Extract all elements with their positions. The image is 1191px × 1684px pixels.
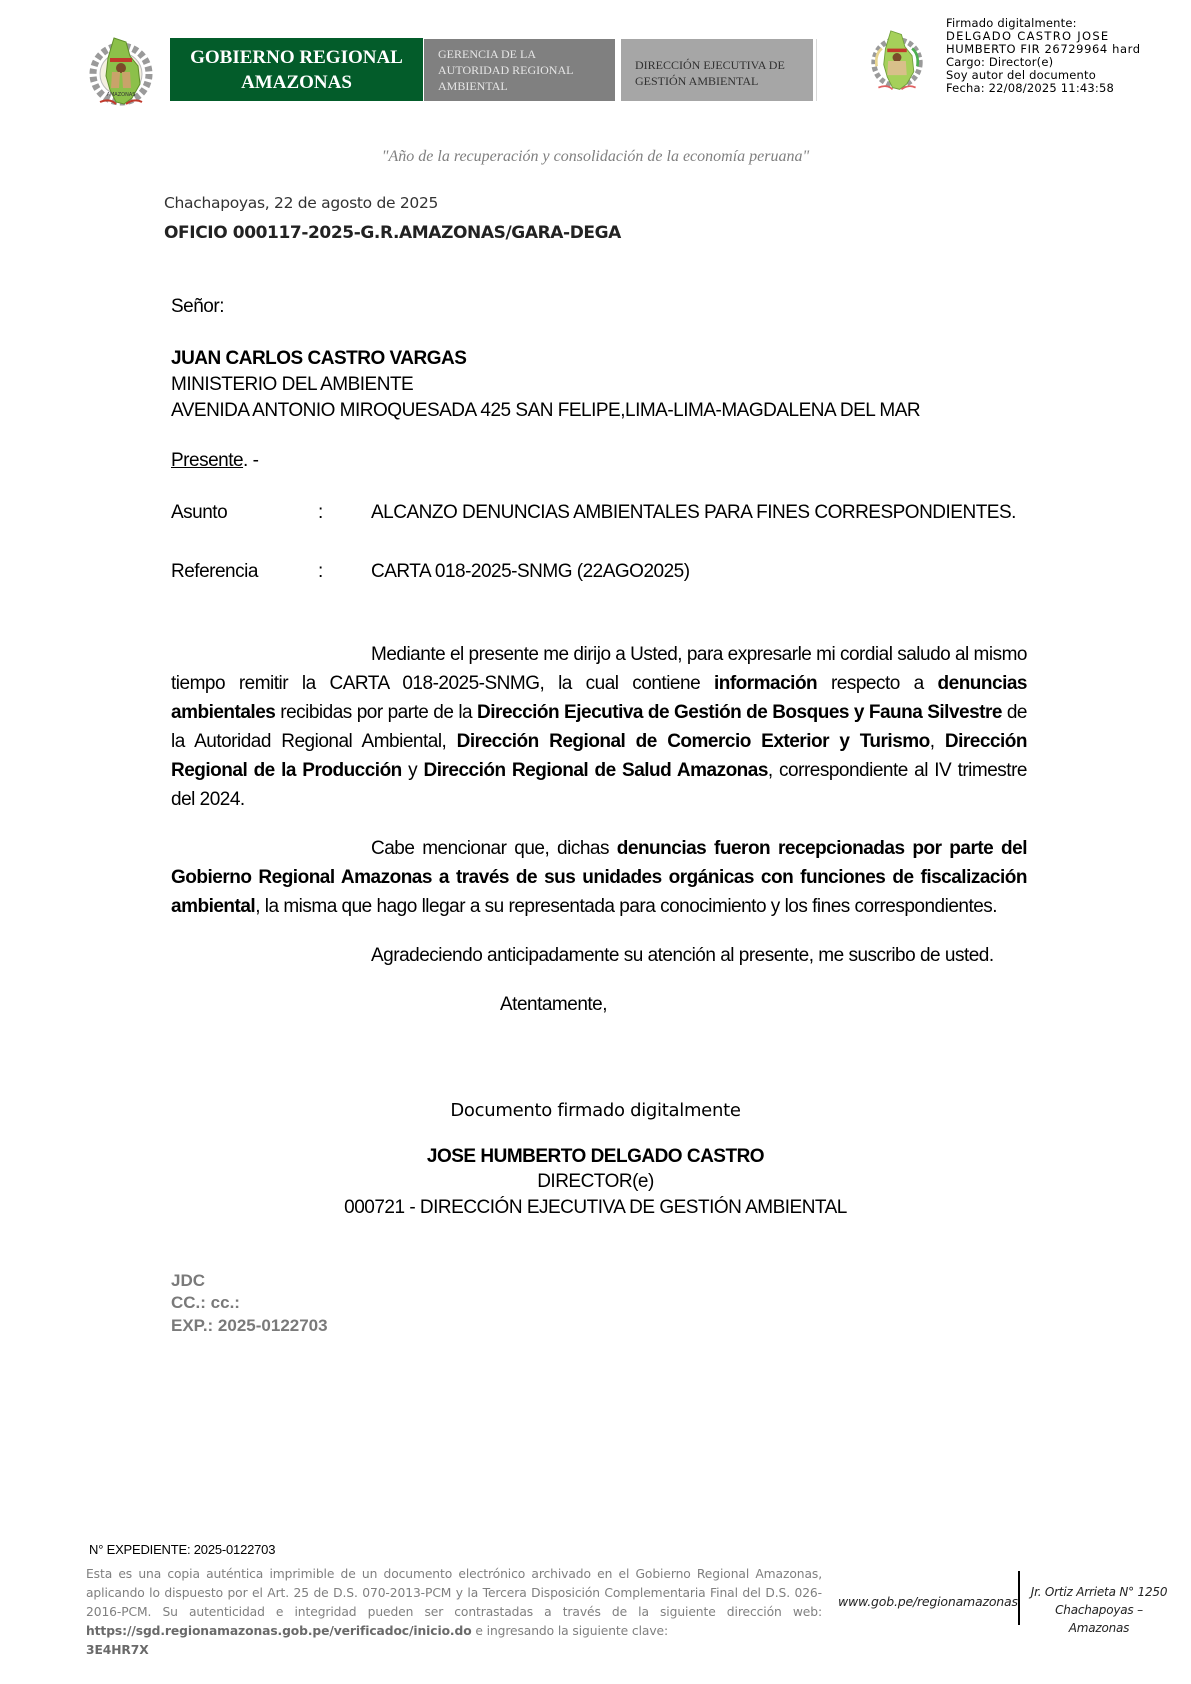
header-gerencia-banner: GERENCIA DE LA AUTORIDAD REGIONAL AMBIEN… — [424, 39, 615, 101]
text-run: , la misma que hago llegar a su represen… — [255, 896, 997, 917]
bold-run: Dirección Regional de Salud Amazonas — [424, 760, 768, 781]
asunto-colon: : — [318, 502, 323, 524]
verify-key: 3E4HR7X — [86, 1643, 149, 1657]
footer-legal-text: Esta es una copia auténtica imprimible d… — [86, 1565, 822, 1660]
cc-line: CC.: cc.: — [171, 1292, 240, 1314]
header-direccion-banner: DIRECCIÓN EJECUTIVA DE GESTIÓN AMBIENTAL — [621, 39, 813, 101]
address-line: Chachapoyas – Amazonas — [1024, 1601, 1174, 1637]
footer-address: Jr. Ortiz Arrieta N° 1250 Chachapoyas – … — [1024, 1583, 1174, 1637]
verify-url-link[interactable]: https://sgd.regionamazonas.gob.pe/verifi… — [86, 1624, 472, 1638]
presente-suffix: . - — [243, 450, 258, 471]
bold-run: información — [714, 673, 817, 694]
asunto-label: Asunto — [171, 502, 227, 524]
salutation: Señor: — [171, 296, 224, 318]
signer-title: DIRECTOR(e) — [0, 1171, 1191, 1193]
year-motto: "Año de la recuperación y consolidación … — [0, 148, 1191, 166]
recipient-name: JUAN CARLOS CASTRO VARGAS — [171, 348, 466, 370]
asunto-value: ALCANZO DENUNCIAS AMBIENTALES PARA FINES… — [371, 502, 1016, 524]
signature-seal-icon — [866, 26, 928, 96]
signed-digitally-note: Documento firmado digitalmente — [0, 1100, 1191, 1121]
signer-unit: 000721 - DIRECCIÓN EJECUTIVA DE GESTIÓN … — [0, 1197, 1191, 1219]
bold-run: Dirección Regional de Comercio Exterior … — [457, 731, 930, 752]
presente-word: Presente — [171, 450, 243, 471]
oficio-number: OFICIO 000117-2025-G.R.AMAZONAS/GARA-DEG… — [164, 223, 621, 243]
initials: JDC — [171, 1270, 205, 1292]
digital-signature-stamp: Firmado digitalmente: DELGADO CASTRO JOS… — [946, 17, 1141, 95]
svg-text:AMAZONAS: AMAZONAS — [107, 92, 136, 98]
text-run: y — [402, 760, 424, 781]
referencia-label: Referencia — [171, 561, 258, 583]
direccion-line: DIRECCIÓN EJECUTIVA DE — [635, 57, 813, 73]
bold-run: Dirección Ejecutiva de Gestión de Bosque… — [477, 702, 1002, 723]
footer-website[interactable]: www.gob.pe/regionamazonas — [838, 1594, 1018, 1609]
text-run: Cabe mencionar que, dichas — [371, 838, 617, 859]
address-line: Jr. Ortiz Arrieta N° 1250 — [1024, 1583, 1174, 1601]
direccion-line: GESTIÓN AMBIENTAL — [635, 73, 813, 89]
place-date: Chachapoyas, 22 de agosto de 2025 — [164, 194, 438, 212]
presente: Presente. - — [171, 450, 258, 472]
gerencia-line: GERENCIA DE LA — [438, 46, 615, 62]
gerencia-line: AMBIENTAL — [438, 78, 615, 94]
sig-line: Fecha: 22/08/2025 11:43:58 — [946, 82, 1141, 95]
text-run: recibidas por parte de la — [275, 702, 477, 723]
org-name-line1: GOBIERNO REGIONAL — [170, 45, 423, 70]
referencia-value: CARTA 018-2025-SNMG (22AGO2025) — [371, 561, 690, 583]
referencia-colon: : — [318, 561, 323, 583]
footer-divider — [1018, 1571, 1020, 1625]
gerencia-line: AUTORIDAD REGIONAL — [438, 62, 615, 78]
text-run: respecto a — [817, 673, 937, 694]
header-org-banner: GOBIERNO REGIONAL AMAZONAS — [170, 38, 423, 101]
legal-text: Esta es una copia auténtica imprimible d… — [86, 1567, 822, 1619]
legal-text-2: e ingresando la siguiente clave: — [472, 1624, 668, 1638]
closing-line: Agradeciendo anticipadamente su atención… — [371, 945, 994, 967]
org-name-line2: AMAZONAS — [170, 70, 423, 95]
farewell: Atentamente, — [500, 994, 607, 1016]
body-paragraph-2: Cabe mencionar que, dichas denuncias fue… — [171, 834, 1027, 921]
exp-line: EXP.: 2025-0122703 — [171, 1315, 328, 1337]
signer-name: JOSE HUMBERTO DELGADO CASTRO — [0, 1146, 1191, 1168]
text-run: , — [930, 731, 945, 752]
gobierno-regional-logo: AMAZONAS — [86, 34, 156, 110]
recipient-address: AVENIDA ANTONIO MIROQUESADA 425 SAN FELI… — [171, 400, 920, 422]
footer-expediente: N° EXPEDIENTE: 2025-0122703 — [89, 1542, 275, 1557]
body-paragraph-1: Mediante el presente me dirijo a Usted, … — [171, 640, 1027, 814]
recipient-institution: MINISTERIO DEL AMBIENTE — [171, 374, 413, 396]
header-divider — [816, 39, 817, 101]
